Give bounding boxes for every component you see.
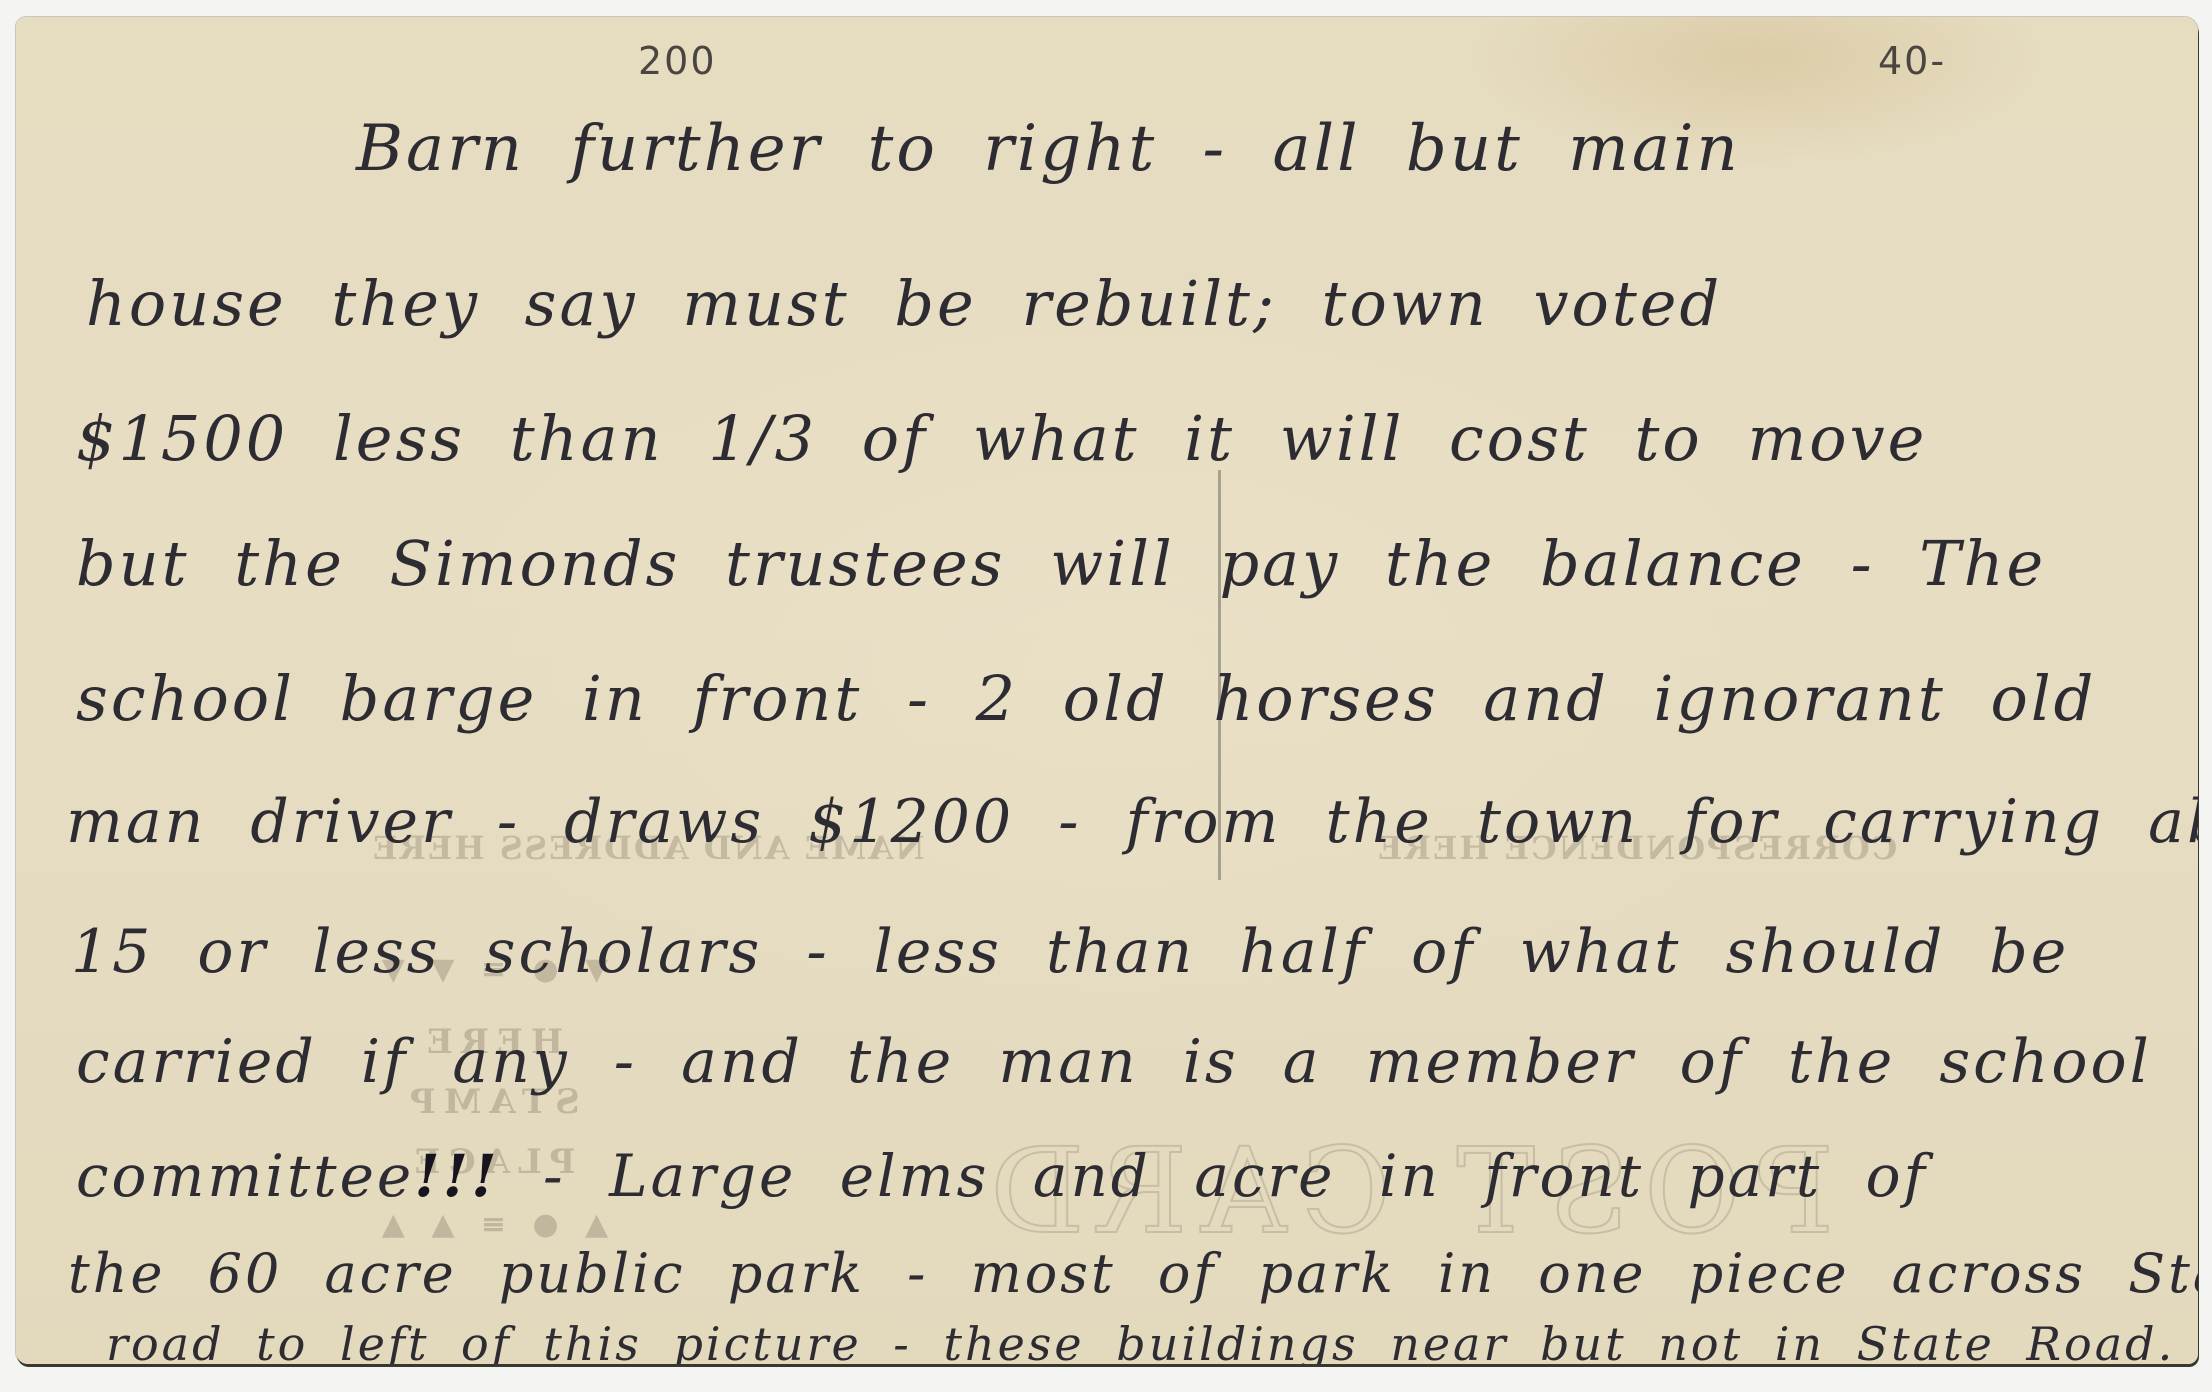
message-line-3: $1500 less than 1/3 of what it will cost… (76, 402, 1927, 475)
scanned-postcard-image: NAME AND ADDRESS HERE CORRESPONDENCE HER… (0, 0, 2212, 1392)
message-line-9-end: - Large elms and acre in front part of (500, 1142, 1928, 1210)
message-line-4: but the Simonds trustees will pay the ba… (76, 527, 2046, 600)
message-line-2: house they say must be rebuilt; town vot… (86, 267, 1722, 340)
message-line-8: carried if any - and the man is a member… (76, 1027, 2152, 1097)
message-line-10: the 60 acre public park - most of park i… (68, 1242, 2198, 1305)
message-line-9-start: committee (76, 1142, 414, 1210)
message-line-7: 15 or less scholars - less than half of … (71, 917, 2069, 987)
postcard-back: NAME AND ADDRESS HERE CORRESPONDENCE HER… (16, 17, 2198, 1364)
triple-exclamation: !!! (414, 1142, 499, 1210)
message-line-5: school barge in front - 2 old horses and… (76, 662, 2096, 735)
message-line-1: Barn further to right - all but main (356, 112, 1741, 186)
message-line-6: man driver - draws $1200 - from the town… (66, 787, 2198, 857)
message-line-9: committee!!! - Large elms and acre in fr… (76, 1142, 1928, 1210)
handwritten-message: Barn further to right - all but main hou… (16, 17, 2198, 1364)
message-line-11: road to left of this picture - these bui… (106, 1317, 2175, 1364)
